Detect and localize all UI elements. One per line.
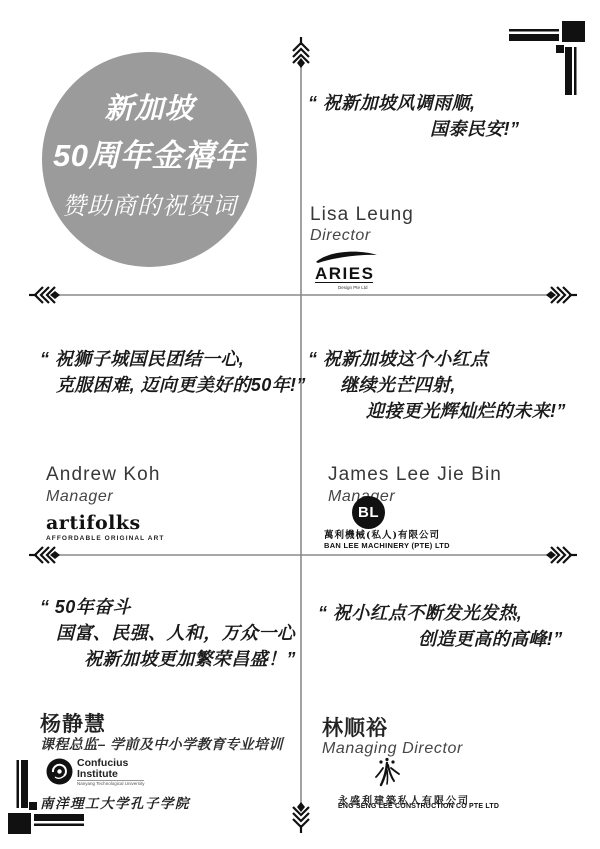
quote-line: “ 50年奋斗 (40, 594, 330, 620)
aries-logo: ARIES Design Pte Ltd (314, 250, 380, 292)
sponsor-name: 林顺裕 (322, 712, 388, 742)
aries-wordmark: ARIES (315, 264, 374, 283)
confucius-institute-logo: Confucius Institute Nanyang Technologica… (46, 758, 144, 787)
aries-sub: Design Pte Ltd (338, 285, 368, 290)
sponsor-title: Director (310, 227, 371, 245)
badge-line2: 50周年金禧年 (42, 130, 257, 175)
badge-line1: 新加坡 (42, 86, 257, 127)
confucius-calligraphy: 南洋理工大学孔子学院 (40, 792, 190, 812)
esl-emblem-icon (370, 756, 404, 790)
badge-line3: 赞助商的祝贺词 (42, 186, 257, 221)
quote-line: 祝新加坡更加繁荣昌盛！” (84, 646, 330, 672)
quote-line: “ 祝狮子城国民团结一心, (40, 346, 306, 372)
quote-line: 继续光芒四射, (340, 372, 590, 398)
esl-name-en: ENG SENG LEE CONSTRUCTION CO PTE LTD (338, 803, 499, 810)
sponsor-block-engsenglee: “ 祝小红点不断发光发热, 创造更高的高峰!” 林顺裕 Managing Dir… (310, 600, 588, 820)
quote-line: “ 祝小红点不断发光发热, (318, 600, 588, 626)
confucius-seal-icon (46, 758, 73, 785)
bl-monogram-icon: BL (352, 496, 385, 529)
sponsor-name: James Lee Jie Bin (328, 464, 502, 486)
quote-text: “ 祝小红点不断发光发热, 创造更高的高峰!” (318, 600, 588, 652)
aries-leaf-icon (316, 252, 377, 263)
sponsor-title: 课程总监– 学前及中小学教育专业培训 (40, 734, 283, 754)
confucius-text: Confucius Institute Nanyang Technologica… (77, 758, 144, 787)
sponsor-name: Lisa Leung (310, 204, 414, 226)
quote-text: “ 祝新加坡这个小红点 继续光芒四射, 迎接更光辉灿烂的未来!” (308, 346, 590, 424)
quote-text: “ 50年奋斗 国富、民强、人和，万众一心 祝新加坡更加繁荣昌盛！” (40, 594, 330, 672)
corner-ornament-top-right (509, 20, 587, 98)
sponsor-title: Manager (46, 488, 113, 506)
quote-line: 迎接更光辉灿烂的未来!” (366, 398, 590, 424)
artifolks-wordmark: artifolks (46, 514, 164, 533)
sponsor-name: Andrew Koh (46, 464, 161, 486)
banlee-name-zh: 萬利機械(私人)有限公司 (324, 530, 450, 541)
bl-letters: BL (358, 504, 379, 521)
quote-line: 国富、民强、人和，万众一心 (56, 620, 330, 646)
sponsor-block-confucius: “ 50年奋斗 国富、民强、人和，万众一心 祝新加坡更加繁荣昌盛！” 杨静慧 课… (40, 594, 330, 824)
quote-text: “ 祝新加坡风调雨顺, 国泰民安!” (308, 90, 588, 142)
quote-line: 克服困难, 迈向更美好的50年!” (56, 372, 306, 398)
artifolks-logo: artifolks AFFORDABLE ORIGINAL ART (46, 514, 164, 542)
sponsor-block-banlee: “ 祝新加坡这个小红点 继续光芒四射, 迎接更光辉灿烂的未来!” James L… (308, 346, 590, 546)
quote-line: 创造更高的高峰!” (418, 626, 588, 652)
confucius-sub: Nanyang Technological University (77, 780, 144, 787)
banlee-name-en: BAN LEE MACHINERY (PTE) LTD (324, 541, 450, 550)
confucius-line2: Institute (77, 769, 144, 780)
divider-horizontal-2 (28, 543, 578, 567)
quote-line: “ 祝新加坡这个小红点 (308, 346, 590, 372)
quote-line: 国泰民安!” (430, 116, 588, 142)
banlee-company-text: 萬利機械(私人)有限公司 BAN LEE MACHINERY (PTE) LTD (324, 530, 450, 550)
quote-text: “ 祝狮子城国民团结一心, 克服困难, 迈向更美好的50年!” (40, 346, 306, 398)
sponsor-block-aries: “ 祝新加坡风调雨顺, 国泰民安!” Lisa Leung Director A… (308, 90, 588, 300)
artifolks-sub: AFFORDABLE ORIGINAL ART (46, 535, 164, 542)
sponsor-block-artifolks: “ 祝狮子城国民团结一心, 克服困难, 迈向更美好的50年!” Andrew K… (40, 346, 306, 546)
title-badge: 新加坡 50周年金禧年 赞助商的祝贺词 (42, 52, 257, 267)
sg50-sponsor-poster: 新加坡 50周年金禧年 赞助商的祝贺词 “ 祝新加坡风调雨顺, 国泰民安!” L… (0, 0, 600, 849)
quote-line: “ 祝新加坡风调雨顺, (308, 90, 588, 116)
